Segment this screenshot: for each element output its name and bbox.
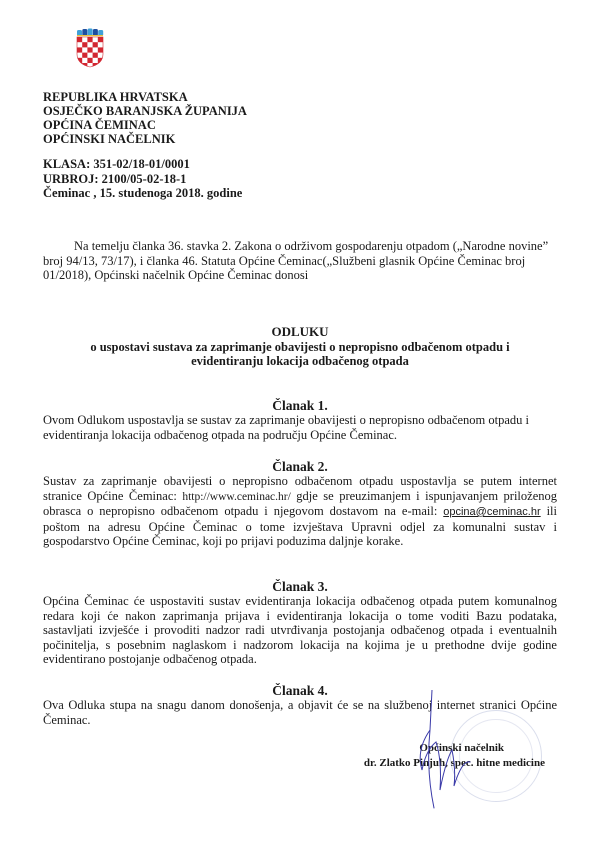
article-1: Članak 1. Ovom Odlukom uspostavlja se su… bbox=[43, 398, 557, 442]
croatian-coat-of-arms-icon bbox=[75, 28, 105, 68]
article-heading: Članak 4. bbox=[43, 683, 557, 698]
header-line-county: OSJEČKO BARANJSKA ŽUPANIJA bbox=[43, 104, 247, 118]
article-heading: Članak 3. bbox=[43, 579, 557, 594]
header-line-municipality: OPĆINA ČEMINAC bbox=[43, 118, 247, 132]
header-line-republic: REPUBLIKA HRVATSKA bbox=[43, 90, 247, 104]
decision-subtitle: o uspostavi sustava za zaprimanje obavij… bbox=[43, 340, 557, 369]
preamble-paragraph: Na temelju članka 36. stavka 2. Zakona o… bbox=[43, 239, 557, 283]
decision-title: ODLUKU o uspostavi sustava za zaprimanje… bbox=[43, 325, 557, 369]
document-meta: KLASA: 351-02/18-01/0001 URBROJ: 2100/05… bbox=[43, 157, 242, 201]
header-line-office: OPĆINSKI NAČELNIK bbox=[43, 132, 247, 146]
article-text: Općina Čeminac će uspostaviti sustav evi… bbox=[43, 594, 557, 667]
handwritten-signature bbox=[412, 690, 472, 810]
article-text: Ovom Odlukom uspostavlja se sustav za za… bbox=[43, 413, 557, 442]
website-url[interactable]: http://www.ceminac.hr/ bbox=[182, 491, 290, 503]
decision-title-main: ODLUKU bbox=[43, 325, 557, 340]
place-date: Čeminac , 15. studenoga 2018. godine bbox=[43, 186, 242, 201]
crown bbox=[77, 29, 103, 37]
article-3: Članak 3. Općina Čeminac će uspostaviti … bbox=[43, 579, 557, 667]
urbroj-number: URBROJ: 2100/05-02-18-1 bbox=[43, 172, 242, 187]
klasa-number: KLASA: 351-02/18-01/0001 bbox=[43, 157, 242, 172]
issuer-header: REPUBLIKA HRVATSKA OSJEČKO BARANJSKA ŽUP… bbox=[43, 90, 247, 146]
article-2: Članak 2. Sustav za zaprimanje obavijest… bbox=[43, 459, 557, 549]
article-text: Sustav za zaprimanje obavijesti o neprop… bbox=[43, 474, 557, 549]
article-heading: Članak 1. bbox=[43, 398, 557, 413]
article-heading: Članak 2. bbox=[43, 459, 557, 474]
email-link[interactable]: opcina@ceminac.hr bbox=[443, 506, 540, 518]
